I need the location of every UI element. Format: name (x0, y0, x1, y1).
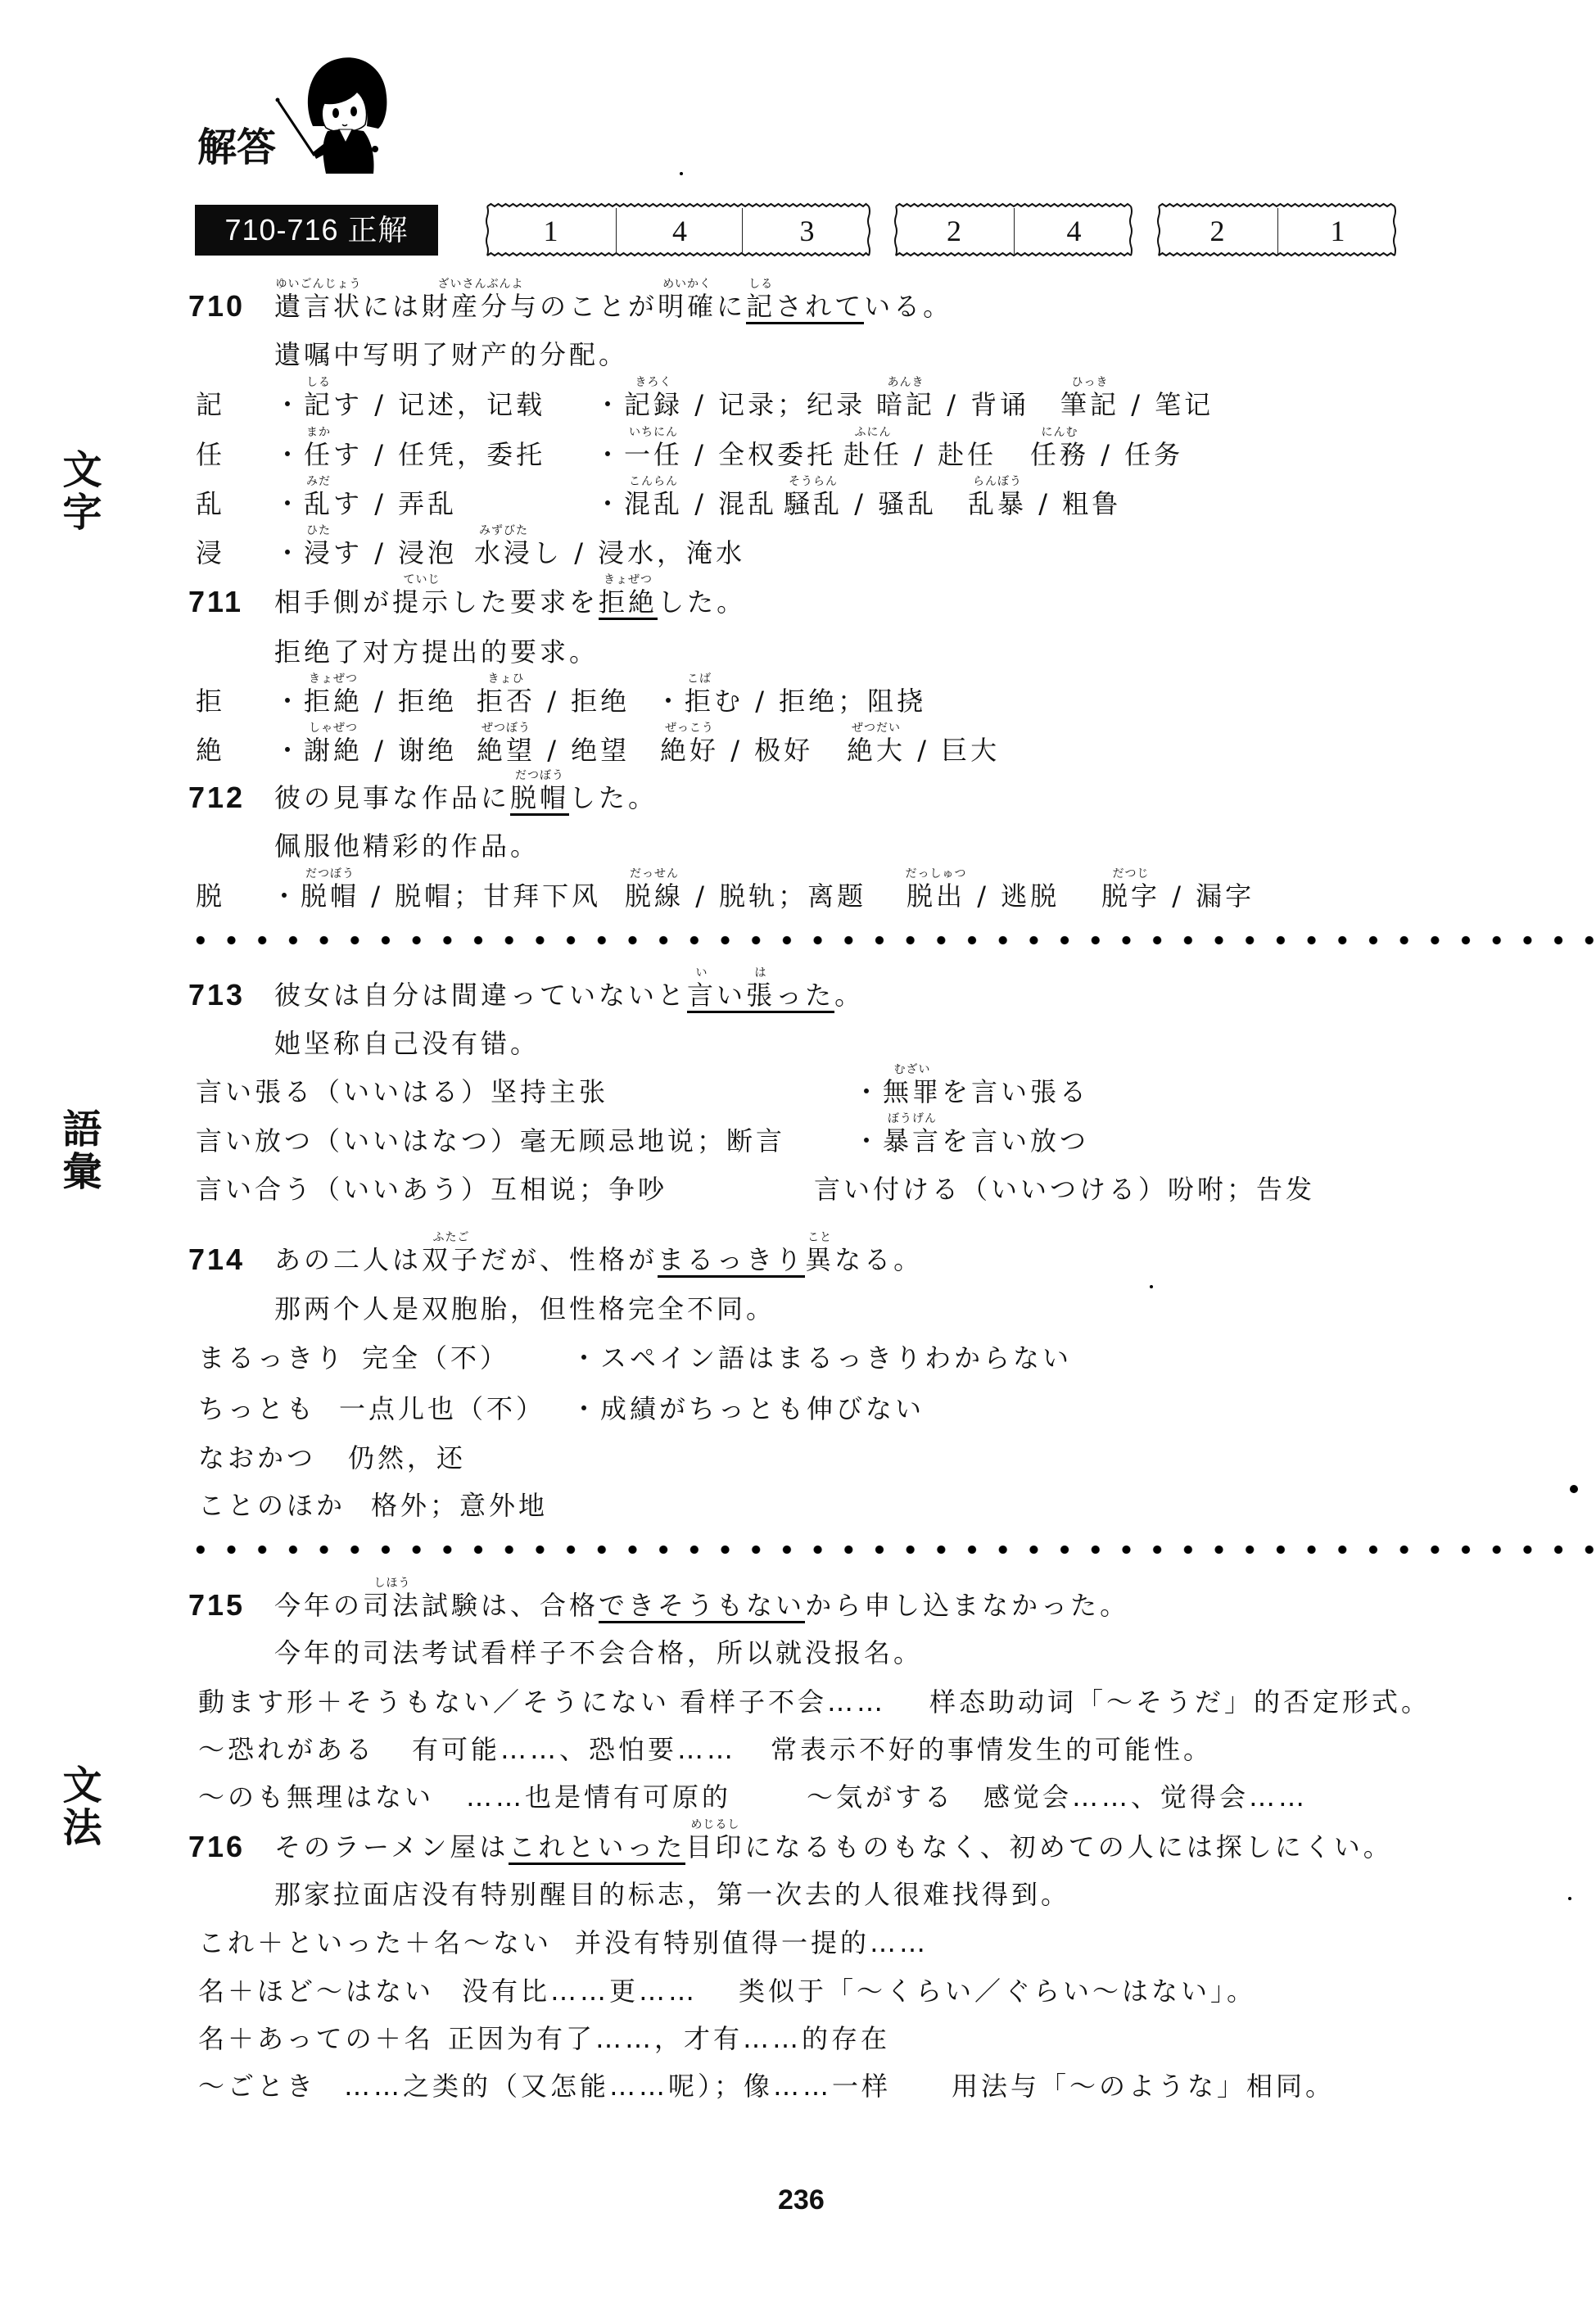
ruby-word: 任まか (304, 440, 333, 469)
kanji-label: 脱 (196, 881, 225, 911)
furigana: きょひ (488, 673, 525, 685)
ruby-word: 絶大ぜつだい (847, 736, 906, 765)
text-run: / 逃脱 (965, 880, 1060, 912)
ruby-word: 脱字だつじ (1101, 881, 1160, 911)
vocab-item: 赴任ふにん / 赴任 (843, 440, 997, 469)
vocab-item: 任務にんむ / 任务 (1030, 440, 1183, 469)
ruby-base: 任務 (1030, 439, 1089, 470)
ruby-base: 一任 (624, 439, 683, 470)
text-run: 一点儿也（不） (339, 1393, 545, 1424)
section-divider-dots (185, 1545, 1596, 1555)
text-run: されて (775, 291, 864, 322)
vocab-item: 絶大ぜつだい / 巨大 (847, 736, 1000, 765)
text-run: 常表示不好的事情发生的可能性。 (771, 1734, 1213, 1765)
ruby-base: 赴任 (843, 439, 902, 470)
text-run: / 任务 (1089, 439, 1183, 470)
grammar-pattern: ～のも無理はない (198, 1782, 434, 1812)
translation-row: 佩服他精彩的作品。 (0, 831, 1596, 861)
text-run: / 漏字 (1160, 880, 1255, 912)
ruby-base: 謝絶 (304, 735, 363, 766)
vocab-meaning: 完全（不） (362, 1343, 509, 1373)
kanji-label: 任 (196, 440, 225, 469)
scan-speck (680, 172, 683, 175)
ruby-word: 提示ていじ (392, 587, 451, 617)
answer-group-1: 1 4 3 (486, 203, 870, 259)
furigana: しる (748, 278, 773, 290)
furigana: ざいさんぶんよ (438, 278, 524, 290)
furigana: ふたご (433, 1232, 470, 1243)
ruby-word: 言い (687, 980, 717, 1010)
text-run: ことのほか (198, 1490, 346, 1521)
vocab-item: 拒否きょひ / 拒绝 (477, 686, 630, 716)
ruby-word: 騒乱そうらん (784, 489, 843, 518)
furigana: あんき (888, 377, 925, 388)
furigana: だっせん (630, 868, 679, 880)
answer-cell: 4 (1014, 208, 1133, 254)
ruby-word: 混乱こんらん (624, 489, 683, 518)
vocab-row: 言い放つ（いいはなつ）毫无顾忌地说；断言 ・暴言ぼうげんを言い放つ (0, 1126, 1596, 1156)
underlined-target: 脱帽だつぼう (510, 782, 569, 816)
kanji-label: 乱 (196, 489, 225, 518)
vocab-item: 騒乱そうらん / 骚乱 (784, 489, 937, 518)
vocab-item: ・拒絶きょぜつ / 拒绝 (274, 686, 457, 716)
furigana: は (755, 967, 767, 979)
ruby-base: 浸 (304, 537, 333, 568)
translation: 那家拉面店没有特别醒目的标志，第一次去的人很难找得到。 (274, 1880, 1070, 1909)
question-number: 715 (188, 1591, 245, 1620)
vocab-row: 言い張る（いいはる）坚持主张 ・無罪むざいを言い張る (0, 1077, 1596, 1107)
vocab-meaning: 仍然，还 (348, 1443, 466, 1473)
furigana: むざい (894, 1064, 931, 1075)
text-run: になるものもなく、初めての人には探しにくい。 (744, 1831, 1392, 1863)
ruby-base: 拒絶 (599, 586, 658, 618)
grammar-note: 用法与「～のような」相同。 (952, 2071, 1335, 2101)
text-run: / 极好 (719, 735, 813, 766)
text-run: / 拒绝 (536, 686, 630, 717)
vocab-item: ・任まかす / 任凭，委托 (274, 440, 545, 469)
ruby-base: 遺言状 (274, 291, 363, 322)
ruby-word: 遺言状ゆいごんじょう (274, 292, 363, 321)
text-run: 有可能……、恐怕要…… (412, 1734, 736, 1765)
text-run: を言い放つ (942, 1125, 1089, 1156)
ruby-base: 拒 (685, 686, 714, 717)
text-run: だが、性格が (481, 1244, 658, 1275)
question-sentence: 遺言状ゆいごんじょうには財産分与ざいさんぶんよのことが明確めいかくに記しるされて… (274, 292, 952, 321)
text-run: ・ (595, 439, 624, 470)
ruby-word: 謝絶しゃぜつ (304, 736, 363, 765)
text-run: 仍然，还 (348, 1442, 466, 1473)
ruby-base: 脱出 (907, 880, 965, 912)
text-run: には (363, 291, 422, 322)
ruby-word: 拒絶きょぜつ (304, 686, 363, 716)
text-run: / 笔记 (1119, 389, 1214, 420)
text-run: / 背诵 (935, 389, 1029, 420)
furigana: いちにん (629, 427, 678, 438)
ruby-base: 絶好 (660, 735, 719, 766)
text-run: できそうもない (599, 1590, 805, 1621)
text-run: 。 (834, 980, 864, 1011)
grammar-meaning: 有可能……、恐怕要…… (412, 1735, 736, 1764)
text-run: / 骚乱 (843, 488, 937, 519)
text-run: ・ (595, 488, 624, 519)
vocab-row: ことのほか 格外；意外地 (0, 1491, 1596, 1520)
question-710: 710 遺言状ゆいごんじょうには財産分与ざいさんぶんよのことが明確めいかくに記し… (0, 292, 1596, 321)
question-number: 716 (188, 1832, 245, 1862)
furigana: きろく (635, 377, 672, 388)
text-run: なる。 (834, 1244, 923, 1275)
ruby-base: 混乱 (624, 488, 683, 519)
text-run: まるっきり (658, 1244, 805, 1275)
text-run: した要求を (451, 586, 599, 618)
ruby-word: 絶望ぜつぼう (477, 736, 536, 765)
text-run: ・スペイン語はまるっきりわからない (571, 1342, 1072, 1374)
ruby-word: 拒否きょひ (477, 686, 536, 716)
grammar-meaning: 看样子不会…… (680, 1687, 886, 1717)
text-run: 名＋ほど～はない (198, 1976, 434, 2007)
grammar-meaning: ……之类的（又怎能……呢）；像……一样 (344, 2071, 891, 2101)
text-run: ……也是情有可原的 (466, 1781, 731, 1813)
question-number: 712 (188, 783, 245, 812)
vocab-item: 筆記ひっき / 笔记 (1060, 390, 1214, 419)
ruby-word: 暴言ぼうげん (883, 1126, 942, 1156)
translation: 遺嘱中写明了财产的分配。 (274, 340, 628, 369)
kanji-row: 記 ・記しるす / 记述，记载 ・記録きろく / 记录；纪录 暗記あんき / 背… (0, 390, 1596, 419)
grammar-meaning: 感觉会……、觉得会…… (983, 1782, 1308, 1812)
ruby-base: 記 (304, 389, 333, 420)
question-number: 711 (188, 587, 243, 617)
text-run: これといった (509, 1831, 685, 1863)
ruby-word: 司法しほう (363, 1591, 422, 1620)
text-run: 相手側が (274, 586, 392, 618)
text-run: ・ (271, 880, 301, 912)
text-run: / 记录；纪录 (683, 389, 866, 420)
underlined-target: 言いい張はった (687, 980, 834, 1013)
furigana: ぜつぼう (482, 722, 531, 734)
text-run: 動ます形＋そうもない／そうにない (198, 1686, 670, 1718)
text-run: ・ (274, 439, 304, 470)
grammar-pattern: これ＋といった＋名～ない (198, 1928, 552, 1958)
grammar-row: 名＋あっての＋名 正因为有了……，才有……的存在 (0, 2024, 1596, 2053)
ruby-word: 記録きろく (624, 390, 683, 419)
furigana: だつじ (1113, 868, 1150, 880)
teacher-mascot-icon (270, 51, 393, 178)
ruby-base: 明確 (658, 291, 717, 322)
text-run: 言い付ける（いいつける）吩咐；告发 (814, 1174, 1315, 1205)
text-run: す / 浸泡 (333, 537, 457, 568)
text-run: した。 (569, 782, 658, 813)
furigana: ぜつだい (852, 722, 901, 734)
ruby-word: 拒絶きょぜつ (599, 587, 658, 617)
grammar-note: 常表示不好的事情发生的可能性。 (771, 1735, 1213, 1764)
ruby-word: 記しる (746, 292, 775, 321)
translation-row: 今年的司法考试看样子不会合格，所以就没报名。 (0, 1638, 1596, 1668)
kanji-label: 拒 (196, 686, 225, 716)
ruby-word: 筆記ひっき (1060, 390, 1119, 419)
vocab-item: 水浸みずびたし / 浸水，淹水 (474, 538, 745, 568)
translation-row: 拒绝了对方提出的要求。 (0, 637, 1596, 667)
ruby-base: 脱帽 (301, 880, 359, 912)
grammar-pattern: 動ます形＋そうもない／そうにない (198, 1687, 670, 1717)
vocab-item: 乱暴らんぼう / 粗鲁 (968, 489, 1121, 518)
question-716: 716 そのラーメン屋はこれといった目印めじるしになるものもなく、初めての人には… (0, 1832, 1596, 1862)
kanji-row: 絶 ・謝絶しゃぜつ / 谢绝 絶望ぜつぼう / 绝望 絶好ぜっこう / 极好 絶… (0, 736, 1596, 765)
underlined-target: これといった (509, 1831, 685, 1865)
translation-row: 遺嘱中写明了财产的分配。 (0, 340, 1596, 369)
furigana: しゃぜつ (309, 722, 358, 734)
underlined-target: 拒絶きょぜつ (599, 586, 658, 620)
text-run: ～ごとき (198, 2071, 316, 2102)
question-713: 713 彼女は自分は間違っていないと言いい張はった。 (0, 980, 1596, 1010)
vocab-item: 言い付ける（いいつける）吩咐；告发 (814, 1175, 1315, 1204)
ruby-word: 脱帽だつぼう (510, 783, 569, 812)
question-712: 712 彼の見事な作品に脱帽だつぼうした。 (0, 783, 1596, 812)
text-run: / 脱帽；甘拜下风 (359, 880, 601, 912)
grammar-note: 样态助动词「～そうだ」的否定形式。 (929, 1687, 1431, 1717)
example-item: ・成績がちっとも伸びない (571, 1394, 925, 1424)
grammar-pattern: ～気がする (807, 1782, 954, 1812)
ruby-word: 乱暴らんぼう (968, 489, 1027, 518)
vocab-item: 言い張る（いいはる）坚持主张 (196, 1077, 608, 1107)
text-run: ～気がする (807, 1781, 954, 1813)
translation: 她坚称自己没有错。 (274, 1029, 540, 1058)
grammar-row: ～のも無理はない ……也是情有可原的 ～気がする 感觉会……、觉得会…… (0, 1782, 1596, 1812)
text-run: ・成績がちっとも伸びない (571, 1393, 925, 1424)
question-sentence: そのラーメン屋はこれといった目印めじるしになるものもなく、初めての人には探しにく… (274, 1832, 1393, 1862)
ruby-base: 乱暴 (968, 488, 1027, 519)
example-item: ・スペイン語はまるっきりわからない (571, 1343, 1072, 1373)
text-run: / 全权委托 (683, 439, 836, 470)
scan-speck (1150, 1285, 1153, 1288)
ruby-base: 拒否 (477, 686, 536, 717)
text-run: 完全（不） (362, 1342, 509, 1374)
text-run: 彼女は自分は間違っていないと (274, 980, 687, 1011)
furigana: めいかく (662, 278, 712, 290)
answer-group-3: 2 1 (1157, 203, 1396, 259)
vocab-term: ちっとも (198, 1394, 316, 1424)
furigana: だっしゅつ (906, 868, 967, 880)
furigana: きょぜつ (604, 574, 653, 586)
vocab-item: 言い放つ（いいはなつ）毫无顾忌地说；断言 (196, 1126, 785, 1156)
furigana: みずびた (479, 525, 528, 536)
ruby-word: 暗記あんき (876, 390, 935, 419)
ruby-word: 乱みだ (304, 489, 333, 518)
question-711: 711 相手側が提示ていじした要求を拒絶きょぜつした。 (0, 587, 1596, 617)
vocab-item: 脱線だっせん / 脱轨；离题 (625, 881, 866, 911)
text-run: から申し込まなかった。 (805, 1590, 1129, 1621)
text-run: ～のも無理はない (198, 1781, 434, 1813)
vocab-item: 脱出だっしゅつ / 逃脱 (907, 881, 1060, 911)
text-run: 类似于「～くらい／ぐらい～はない」。 (739, 1976, 1256, 2007)
vocab-row: まるっきり 完全（不） ・スペイン語はまるっきりわからない (0, 1343, 1596, 1373)
furigana: しる (306, 377, 331, 388)
text-run: 名＋あっての＋名 (198, 2023, 434, 2054)
vocab-item: ・謝絶しゃぜつ / 谢绝 (274, 736, 457, 765)
grammar-meaning: 没有比……更…… (462, 1976, 698, 2006)
ruby-word: 無罪むざい (883, 1077, 942, 1107)
furigana: めじるし (690, 1819, 739, 1831)
vocab-row: ちっとも 一点儿也（不） ・成績がちっとも伸びない (0, 1394, 1596, 1424)
furigana: こと (807, 1232, 832, 1243)
ruby-base: 筆記 (1060, 389, 1119, 420)
furigana: ぜっこう (665, 722, 714, 734)
text-run: まるっきり (198, 1342, 346, 1374)
text-run: 感觉会……、觉得会…… (983, 1781, 1308, 1813)
text-run: ちっとも (198, 1393, 316, 1424)
grammar-row: 動ます形＋そうもない／そうにない 看样子不会…… 样态助动词「～そうだ」的否定形… (0, 1687, 1596, 1717)
answer-group-2: 2 4 (894, 203, 1133, 259)
text-run: に (717, 291, 746, 322)
text-run: 言い放つ（いいはなつ）毫无顾忌地说；断言 (196, 1125, 785, 1156)
ruby-base: 絶大 (847, 735, 906, 766)
vocab-item: ・脱帽だつぼう / 脱帽；甘拜下风 (271, 881, 601, 911)
grammar-pattern: ～恐れがある (198, 1735, 375, 1764)
text-run: / 巨大 (906, 735, 1000, 766)
vocab-term: ことのほか (198, 1491, 346, 1520)
ruby-word: 目印めじるし (685, 1832, 744, 1862)
translation-row: 那两个人是双胞胎，但性格完全不同。 (0, 1294, 1596, 1324)
furigana: ゆいごんじょう (276, 278, 362, 290)
text-run: す / 任凭，委托 (333, 439, 545, 470)
vocab-item: ・混乱こんらん / 混乱 (595, 489, 777, 518)
text-run: なおかつ (198, 1442, 316, 1473)
text-run: いる。 (864, 291, 952, 322)
translation: 佩服他精彩的作品。 (274, 831, 540, 861)
grammar-meaning: 并没有特别值得一提的…… (575, 1928, 929, 1958)
ruby-base: 目印 (685, 1831, 744, 1863)
furigana: しほう (374, 1577, 411, 1589)
kanji-row: 任 ・任まかす / 任凭，委托 ・一任いちにん / 全权委托 赴任ふにん / 赴… (0, 440, 1596, 469)
furigana: きょぜつ (309, 673, 358, 685)
text-run: ・ (274, 389, 304, 420)
text-run: 正因为有了……，才有……的存在 (448, 2023, 890, 2054)
translation-row: 那家拉面店没有特别醒目的标志，第一次去的人很难找得到。 (0, 1880, 1596, 1909)
kanji-label: 記 (196, 390, 225, 419)
ruby-base: 提示 (392, 586, 451, 618)
text-run: し / 浸水，淹水 (533, 537, 745, 568)
vocab-item: 絶好ぜっこう / 极好 (660, 736, 813, 765)
ruby-base: 張 (746, 980, 775, 1011)
kanji-row: 浸 ・浸ひたす / 浸泡 水浸みずびたし / 浸水，淹水 (0, 538, 1596, 568)
text-run: ・ (274, 735, 304, 766)
ruby-word: 記しる (304, 390, 333, 419)
text-run: / 脱轨；离题 (684, 880, 866, 912)
ruby-word: 拒こば (685, 686, 714, 716)
scan-speck (1568, 1897, 1571, 1900)
ruby-base: 記録 (624, 389, 683, 420)
answer-cell: 2 (1157, 208, 1277, 254)
underlined-target: 記しるされて (746, 291, 864, 324)
grammar-meaning: 正因为有了……，才有……的存在 (448, 2024, 890, 2053)
ruby-base: 言 (687, 980, 717, 1011)
vocab-item: 言い合う（いいあう）互相说；争吵 (196, 1175, 667, 1204)
grammar-row: ～恐れがある 有可能……、恐怕要…… 常表示不好的事情发生的可能性。 (0, 1735, 1596, 1764)
example-item: ・無罪むざいを言い張る (853, 1077, 1089, 1107)
vocab-row: なおかつ 仍然，还 (0, 1443, 1596, 1473)
text-run: ・ (274, 686, 304, 717)
translation: 今年的司法考试看样子不会合格，所以就没报名。 (274, 1638, 923, 1668)
vocab-row: 言い合う（いいあう）互相说；争吵 言い付ける（いいつける）吩咐；告发 (0, 1175, 1596, 1204)
question-714: 714 あの二人は双子ふたごだが、性格がまるっきり異ことなる。 (0, 1245, 1596, 1274)
ruby-word: 張は (746, 980, 775, 1010)
text-run: む / 拒绝；阻挠 (714, 686, 926, 717)
furigana: ぼうげん (888, 1113, 937, 1125)
translation-row: 她坚称自己没有错。 (0, 1029, 1596, 1058)
underlined-target: まるっきり (658, 1244, 805, 1278)
text-run: / 赴任 (902, 439, 997, 470)
ruby-base: 財産分与 (422, 291, 540, 322)
text-run: 用法与「～のような」相同。 (952, 2071, 1335, 2102)
ruby-base: 司法 (363, 1590, 422, 1621)
ruby-base: 無罪 (883, 1076, 942, 1107)
underlined-target: できそうもない (599, 1590, 805, 1623)
ruby-base: 脱線 (625, 880, 684, 912)
text-run: これ＋といった＋名～ない (198, 1927, 552, 1958)
question-sentence: 相手側が提示ていじした要求を拒絶きょぜつした。 (274, 587, 746, 617)
answer-cell: 4 (616, 208, 743, 254)
text-run: そのラーメン屋は (274, 1831, 509, 1863)
question-sentence: あの二人は双子ふたごだが、性格がまるっきり異ことなる。 (274, 1245, 923, 1274)
text-run: った (775, 980, 834, 1011)
vocab-meaning: 一点儿也（不） (339, 1394, 545, 1424)
ruby-base: 異 (805, 1244, 834, 1275)
text-run: ・ (595, 389, 624, 420)
text-run: を言い張る (942, 1076, 1089, 1107)
vocab-item: ・一任いちにん / 全权委托 (595, 440, 836, 469)
grammar-meaning: ……也是情有可原的 (466, 1782, 731, 1812)
ruby-word: 異こと (805, 1245, 834, 1274)
text-run: ・ (655, 686, 685, 717)
ruby-word: 脱線だっせん (625, 881, 684, 911)
furigana: だつぼう (305, 868, 355, 880)
furigana: こば (687, 673, 712, 685)
section-divider-dots (185, 935, 1596, 945)
vocab-item: ・浸ひたす / 浸泡 (274, 538, 457, 568)
text-run: あの二人は (274, 1244, 422, 1275)
ruby-word: 脱帽だつぼう (301, 881, 359, 911)
furigana: こんらん (629, 476, 678, 487)
grammar-pattern: ～ごとき (198, 2071, 316, 2101)
ruby-base: 脱帽 (510, 782, 569, 813)
ruby-base: 拒絶 (304, 686, 363, 717)
vocab-item: 絶望ぜつぼう / 绝望 (477, 736, 630, 765)
ruby-base: 水浸 (474, 537, 533, 568)
text-run: 并没有特别值得一提的…… (575, 1927, 929, 1958)
answer-cell: 1 (1277, 208, 1397, 254)
text-run: / 拒绝 (363, 686, 457, 717)
ruby-word: 赴任ふにん (843, 440, 902, 469)
ruby-base: 任 (304, 439, 333, 470)
furigana: ひた (306, 525, 331, 536)
ruby-base: 双子 (422, 1244, 481, 1275)
question-sentence: 彼の見事な作品に脱帽だつぼうした。 (274, 783, 658, 812)
kanji-row: 乱 ・乱みだす / 弄乱 ・混乱こんらん / 混乱 騒乱そうらん / 骚乱 乱暴… (0, 489, 1596, 518)
furigana: そうらん (789, 476, 838, 487)
furigana: い (696, 967, 708, 979)
furigana: みだ (306, 476, 331, 487)
grammar-row: これ＋といった＋名～ない 并没有特别值得一提的…… (0, 1928, 1596, 1958)
ruby-base: 騒乱 (784, 488, 843, 519)
furigana: ていじ (404, 574, 441, 586)
vocab-item: ・拒こばむ / 拒绝；阻挠 (655, 686, 926, 716)
text-run: 看样子不会…… (680, 1686, 886, 1718)
grammar-pattern: 名＋あっての＋名 (198, 2024, 434, 2053)
question-715: 715 今年の司法しほう試験は、合格できそうもないから申し込まなかった。 (0, 1591, 1596, 1620)
text-run: ……之类的（又怎能……呢）；像……一样 (344, 2071, 891, 2102)
answer-range-label: 710-716 正解 (195, 205, 438, 256)
text-run: ・ (274, 488, 304, 519)
translation: 那两个人是双胞胎，但性格完全不同。 (274, 1294, 775, 1324)
text-run: ・ (274, 537, 304, 568)
